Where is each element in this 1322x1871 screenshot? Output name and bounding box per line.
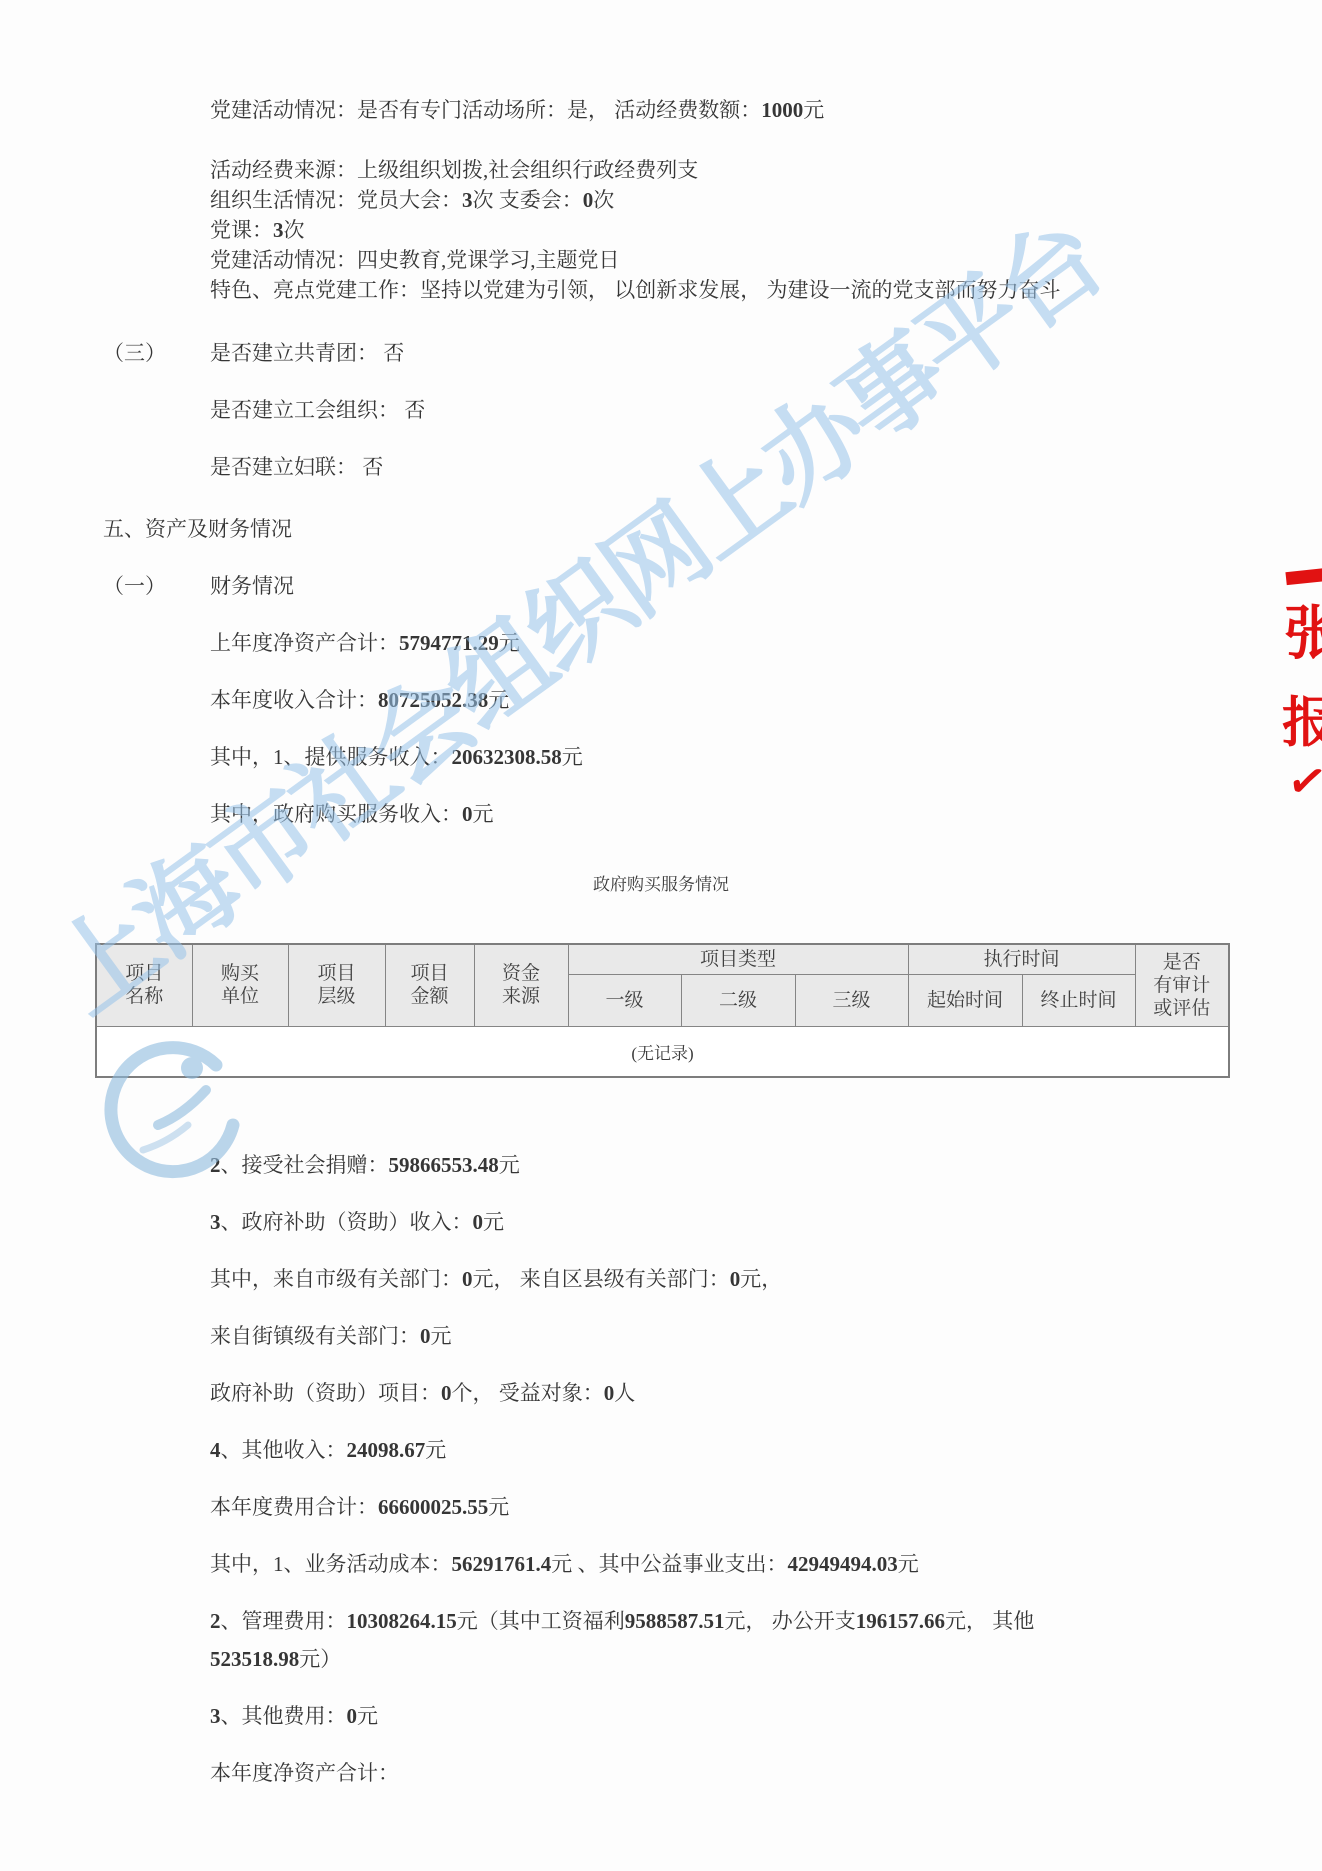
text-line: 3、其他费用：0元 [0,1701,1322,1731]
th-audit: 是否有审计或评估 [1135,944,1229,1026]
th-level-3: 三级 [795,974,908,1026]
text-line: 其中，1、提供服务收入：20632308.58元 [0,742,1322,772]
text-line: 政府补助（资助）项目：0个， 受益对象：0人 [0,1378,1322,1408]
th-project-type-group: 项目类型 [568,944,908,974]
text-line: 本年度收入合计：80725052.38元 [0,685,1322,715]
text-line: 上年度净资产合计：5794771.29元 [0,628,1322,658]
text-line: 党课：3次 [0,215,1322,245]
table-empty-row: (无记录) [96,1026,1229,1077]
text-line: 活动经费来源：上级组织划拨,社会组织行政经费列支 [0,155,1322,185]
text-line: 本年度费用合计：66600025.55元 [0,1492,1322,1522]
th-project-level: 项目层级 [288,944,385,1026]
th-end-time: 终止时间 [1022,974,1135,1026]
item-number-label: （一） [103,571,210,601]
text-line: 是否建立妇联： 否 [0,452,1322,482]
text-line: 本年度净资产合计： [0,1758,1322,1788]
text-line: 523518.98元） [0,1644,1322,1674]
th-level-1: 一级 [568,974,681,1026]
th-level-2: 二级 [681,974,795,1026]
text-line: 组织生活情况：党员大会：3次 支委会：0次 [0,185,1322,215]
text-line: 2、管理费用：10308264.15元（其中工资福利9588587.51元， 办… [0,1606,1322,1636]
document-content: 党建活动情况：是否有专门活动场所：是， 活动经费数额：1000元活动经费来源：上… [0,0,1322,1788]
text-line: 来自街镇级有关部门：0元 [0,1321,1322,1351]
th-exec-time-group: 执行时间 [908,944,1135,974]
text-line: （三）是否建立共青团： 否 [0,338,1322,368]
text-line: 2、接受社会捐赠：59866553.48元 [0,1150,1322,1180]
document-page: 上海市社会组织网上办事平台 张 报 ✓ 党建活动情况：是否有专门活动场所：是， … [0,0,1322,1871]
text-line: 3、政府补助（资助）收入：0元 [0,1207,1322,1237]
th-project-name: 项目名称 [96,944,192,1026]
text-line: （一）财务情况 [0,571,1322,601]
text-line: 党建活动情况：是否有专门活动场所：是， 活动经费数额：1000元 [0,95,1322,125]
th-fund-source: 资金来源 [474,944,568,1026]
th-start-time: 起始时间 [908,974,1022,1026]
text-line: 其中，1、业务活动成本：56291761.4元 、其中公益事业支出：429494… [0,1549,1322,1579]
th-purchase-unit: 购买单位 [192,944,288,1026]
text-line: 特色、亮点党建工作：坚持以党建为引领， 以创新求发展， 为建设一流的党支部而努力… [0,275,1322,305]
th-project-amount: 项目金额 [385,944,474,1026]
text-line: 五、资产及财务情况 [0,514,1322,544]
text-line: 党建活动情况：四史教育,党课学习,主题党日 [0,245,1322,275]
text-line: 其中，来自市级有关部门：0元， 来自区县级有关部门：0元， [0,1264,1322,1294]
item-number-label: （三） [103,338,210,368]
lines-bottom: 2、接受社会捐赠：59866553.48元3、政府补助（资助）收入：0元其中，来… [0,1150,1322,1788]
text-line: 是否建立工会组织： 否 [0,395,1322,425]
text-line: 其中，政府购买服务收入：0元 [0,799,1322,829]
table-caption: 政府购买服务情况 [0,873,1322,897]
text-line: 4、其他收入：24098.67元 [0,1435,1322,1465]
lines-top: 党建活动情况：是否有专门活动场所：是， 活动经费数额：1000元活动经费来源：上… [0,95,1322,829]
gov-purchase-table: 项目名称 购买单位 项目层级 项目金额 资金来源 项目类型 执行时间 是否有审计… [95,943,1230,1078]
